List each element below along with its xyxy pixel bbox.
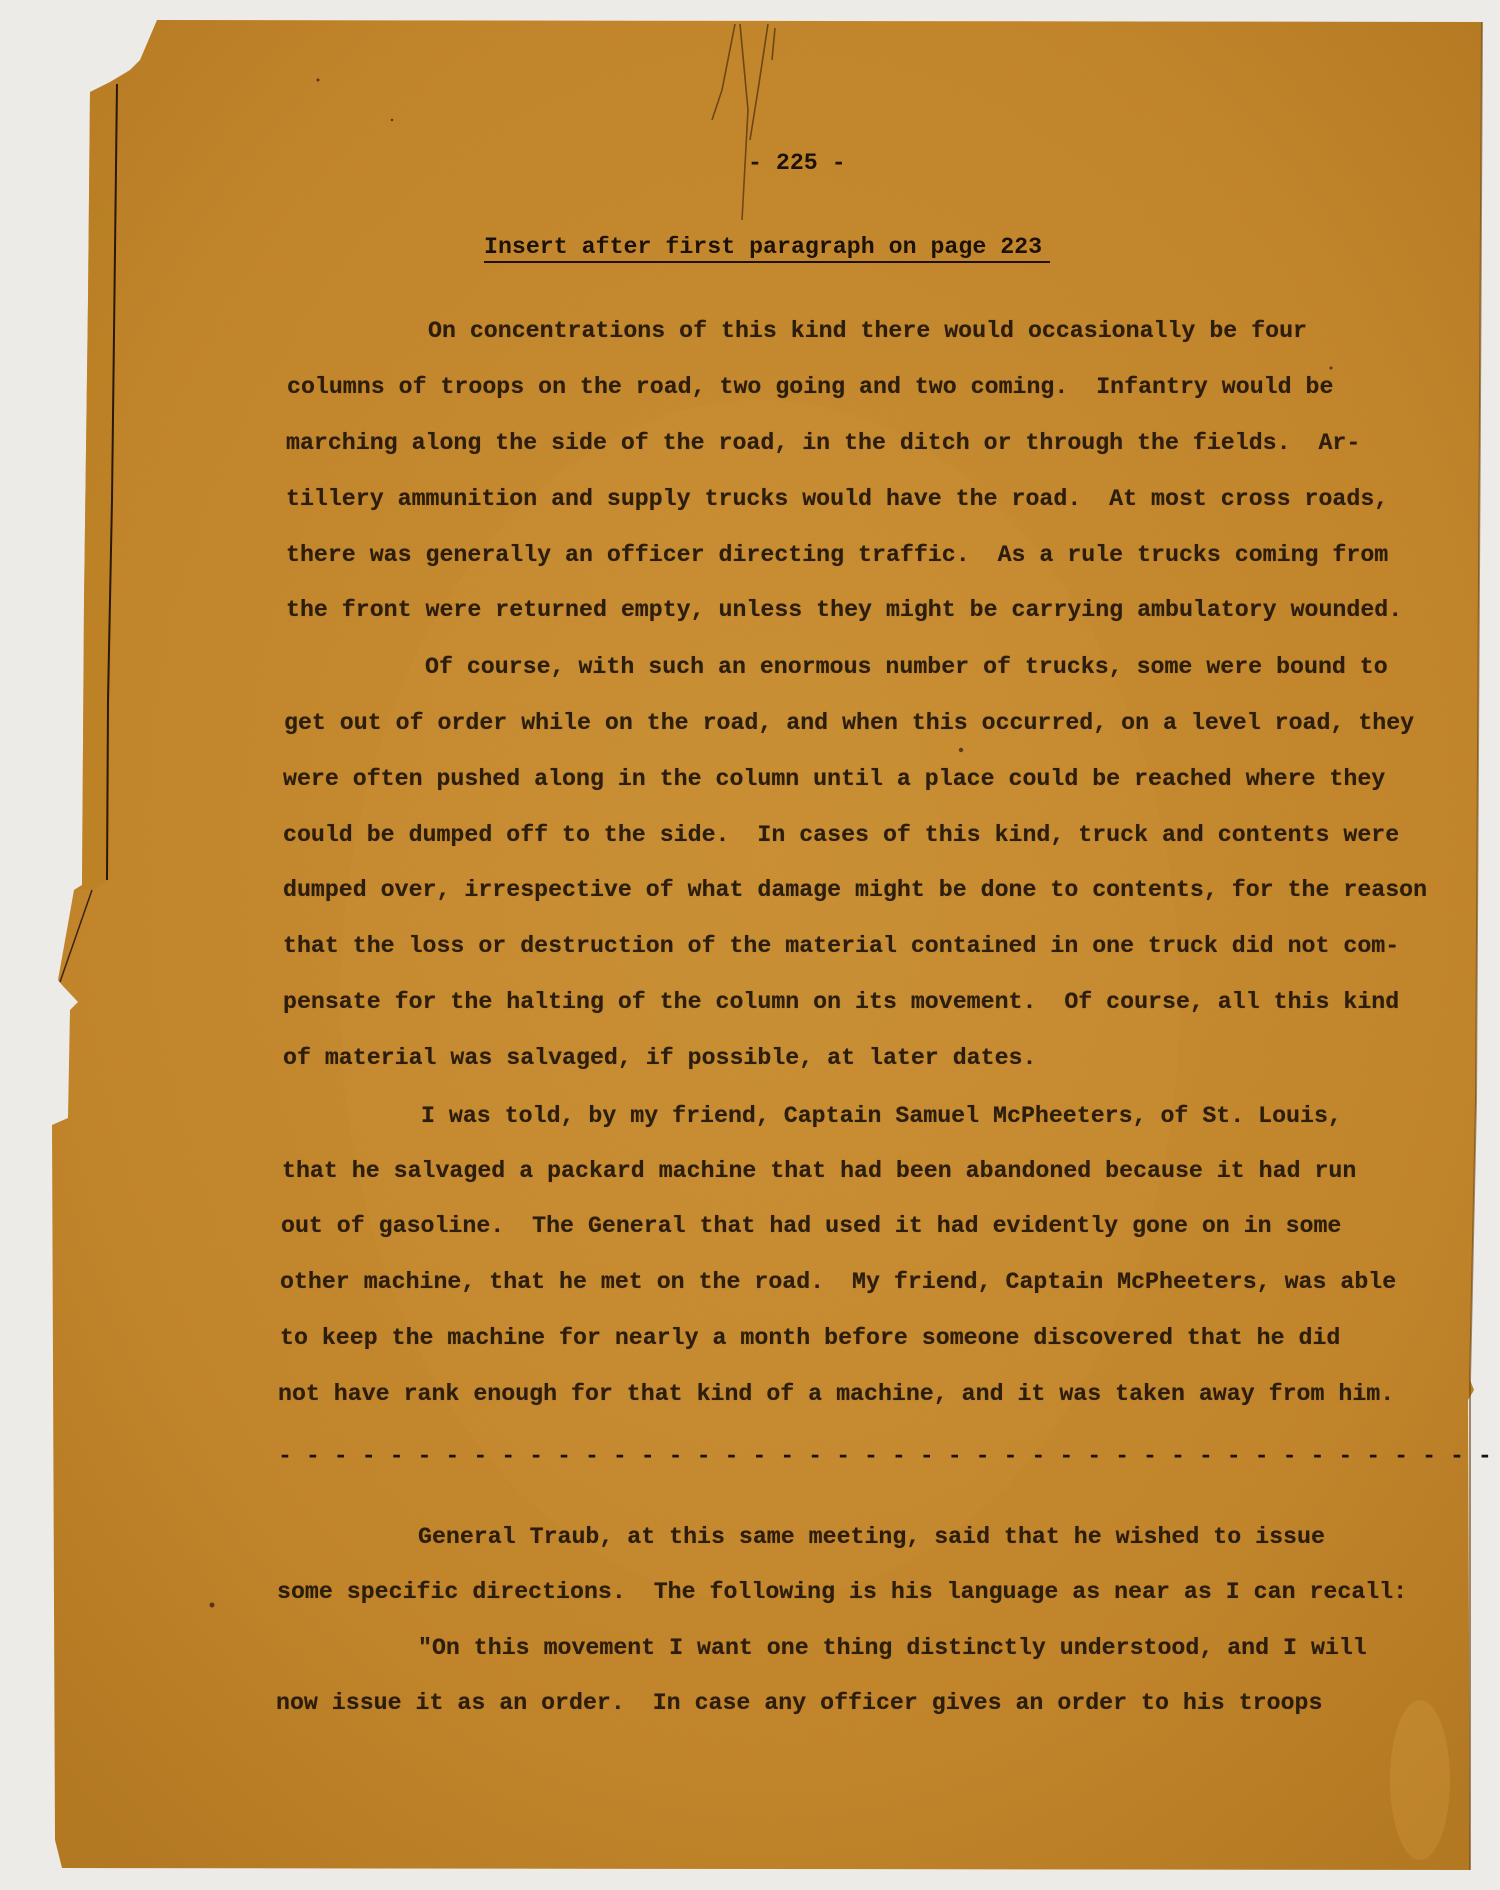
text-line: could be dumped off to the side. In case… xyxy=(283,821,1399,849)
page-number: - 225 - xyxy=(748,149,846,177)
text-line: the front were returned empty, unless th… xyxy=(286,596,1402,624)
text-line: columns of troops on the road, two going… xyxy=(287,373,1333,401)
text-line: marching along the side of the road, in … xyxy=(286,429,1360,457)
text-line: now issue it as an order. In case any of… xyxy=(276,1689,1322,1717)
text-line: not have rank enough for that kind of a … xyxy=(278,1380,1394,1408)
text-line: Of course, with such an enormous number … xyxy=(425,653,1388,681)
typed-text-area: - 225 - Insert after first paragraph on … xyxy=(0,0,1500,1890)
text-line: "On this movement I want one thing disti… xyxy=(418,1634,1367,1662)
text-line: I was told, by my friend, Captain Samuel… xyxy=(421,1102,1342,1130)
text-line: other machine, that he met on the road. … xyxy=(280,1268,1396,1296)
text-line: that he salvaged a packard machine that … xyxy=(282,1157,1356,1185)
text-line: of material was salvaged, if possible, a… xyxy=(283,1044,1036,1072)
scanned-document-page: - 225 - Insert after first paragraph on … xyxy=(0,0,1500,1890)
text-line: out of gasoline. The General that had us… xyxy=(281,1212,1341,1240)
dashed-divider: - - - - - - - - - - - - - - - - - - - - … xyxy=(278,1442,1500,1470)
text-line: to keep the machine for nearly a month b… xyxy=(280,1324,1340,1352)
text-line: were often pushed along in the column un… xyxy=(283,765,1385,793)
text-line: pensate for the halting of the column on… xyxy=(283,988,1399,1016)
text-line: tillery ammunition and supply trucks wou… xyxy=(286,485,1388,513)
insert-heading: Insert after first paragraph on page 223 xyxy=(484,233,1050,263)
text-line: get out of order while on the road, and … xyxy=(284,709,1414,737)
text-line: On concentrations of this kind there wou… xyxy=(428,317,1307,345)
text-line: there was generally an officer directing… xyxy=(286,541,1388,569)
text-line: some specific directions. The following … xyxy=(277,1578,1407,1606)
text-line: that the loss or destruction of the mate… xyxy=(283,932,1399,960)
text-line: dumped over, irrespective of what damage… xyxy=(283,876,1427,904)
text-line: General Traub, at this same meeting, sai… xyxy=(418,1523,1325,1551)
